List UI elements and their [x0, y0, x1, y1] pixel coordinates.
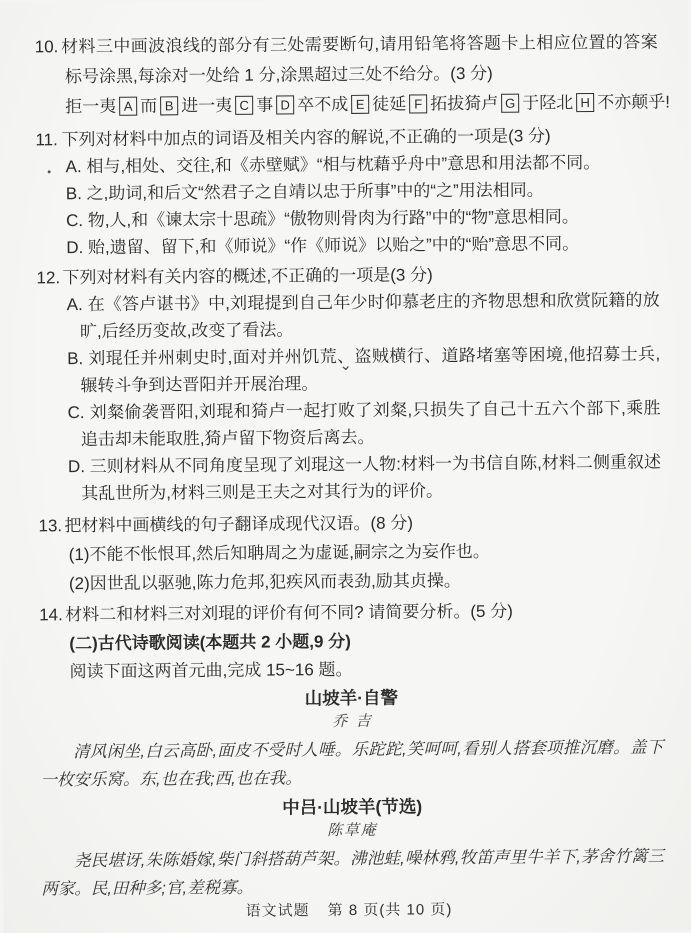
question-12-option-a: A. 在《答卢谌书》中,刘琨提到自己年少时仰慕老庄的齐物思想和欣赏阮籍的放旷,后… [37, 287, 660, 346]
footer-page-number: 第 8 页(共 10 页) [328, 901, 453, 919]
question-11-option-a: A. 相与,相处、交往,和《赤壁赋》“相与枕藉乎舟中”意思和用法都不同。 [36, 149, 659, 181]
question-13-stem-text: 把材料中画横线的句子翻译成现代汉语。(8 分) [64, 513, 413, 535]
question-12-option-c: C. 刘粲偷袭晋阳,刘琨和猗卢一起打败了刘粲,只损失了自己十五六个部下,乘胜追击… [37, 395, 660, 454]
segment-text: 拒一夷 [65, 97, 116, 116]
question-11: 11.下列对材料中加点的词语及相关内容的解说,不正确的一项是(3 分) A. 相… [35, 122, 659, 262]
answer-box-a: A [119, 97, 137, 116]
question-10-stem: 10.材料三中画波浪线的部分有三处需要断句,请用铅笔将答题卡上相应位置的答案标号… [35, 28, 658, 93]
stray-pencil-mark: ⌄ [339, 356, 353, 375]
poem-2-text: 尧民堪讶,朱陈婚嫁,柴门斜搭葫芦架。沸池蛙,噪林鸦,牧笛声里牛羊下,茅舍竹篱三两… [41, 843, 664, 904]
answer-box-h: H [576, 93, 594, 112]
question-10-stem-text: 材料三中画波浪线的部分有三处需要断句,请用铅笔将答题卡上相应位置的答案标号涂黑,… [61, 33, 658, 87]
segment-text: 拓拔猗卢 [430, 94, 498, 114]
question-11-stem-text: 下列对材料中加点的词语及相关内容的解说,不正确的一项是(3 分) [61, 126, 550, 149]
sentence-segmentation-line: 拒一夷A而B进一夷C事D卒不成E徒延F拓拔猗卢G于陉北H不亦颠乎! [35, 88, 658, 123]
question-14-number: 14. [39, 600, 65, 629]
answer-box-g: G [501, 94, 519, 113]
question-12-option-d: D. 三则材料从不同角度呈现了刘琨这一人物:材料一为书信自陈,材料二侧重叙述其乱… [38, 449, 661, 508]
poem-1-author: 乔吉 [40, 708, 663, 737]
question-14-stem-text: 材料二和材料三对刘琨的评价有何不同? 请简要分析。(5 分) [65, 602, 513, 625]
scan-artifact-dot [48, 170, 51, 173]
poem-1-text: 清风闲坐,白云高卧,面皮不受时人唾。乐跎跎,笑呵呵,看别人搭套项推沉磨。盖下一枚… [40, 734, 663, 795]
segment-text: 于陉北 [522, 93, 573, 112]
page-footer: 语文试题第 8 页(共 10 页) [3, 896, 691, 922]
poem-2-author: 陈草庵 [41, 817, 664, 846]
footer-exam-title: 语文试题 [246, 902, 310, 920]
question-11-option-d: D. 贻,遗留、留下,和《师说》“作《师说》以贻之”中的“贻”意思不同。 [36, 230, 659, 262]
segment-text: 卒不成 [297, 95, 348, 114]
question-12: 12.下列对材料有关内容的概述,不正确的一项是(3 分) A. 在《答卢谌书》中… [36, 260, 661, 508]
question-11-number: 11. [35, 126, 61, 153]
question-13-number: 13. [38, 511, 64, 540]
question-13-part-2: (2)因世乱以驱驰,陈力危邦,犯疾风而表劲,励其贞操。 [39, 565, 662, 599]
question-12-stem-text: 下列对材料有关内容的概述,不正确的一项是(3 分) [62, 265, 432, 287]
segment-text: 进一夷 [181, 96, 232, 115]
section-2-poetry-reading: (二)古代诗歌阅读(本题共 2 小题,9 分) 阅读下面这两首元曲,完成 15~… [39, 625, 664, 904]
question-12-number: 12. [36, 264, 62, 291]
answer-box-f: F [409, 94, 427, 113]
answer-box-c: C [235, 96, 253, 115]
answer-box-e: E [351, 95, 369, 114]
exam-page: 10.材料三中画波浪线的部分有三处需要断句,请用铅笔将答题卡上相应位置的答案标号… [0, 0, 691, 933]
question-10: 10.材料三中画波浪线的部分有三处需要断句,请用铅笔将答题卡上相应位置的答案标号… [35, 28, 659, 123]
segment-text: 不亦颠乎! [597, 92, 670, 112]
segment-text: 事 [256, 96, 273, 115]
answer-box-d: D [276, 95, 294, 114]
segment-text: 徒延 [372, 95, 406, 114]
segment-text: 而 [140, 96, 157, 115]
question-13: 13.把材料中画横线的句子翻译成现代汉语。(8 分) (1)不能不怅恨耳,然后知… [38, 507, 662, 599]
answer-box-b: B [160, 96, 178, 115]
question-10-number: 10. [35, 32, 61, 62]
section-2-intro: 阅读下面这两首元曲,完成 15~16 题。 [39, 654, 662, 686]
